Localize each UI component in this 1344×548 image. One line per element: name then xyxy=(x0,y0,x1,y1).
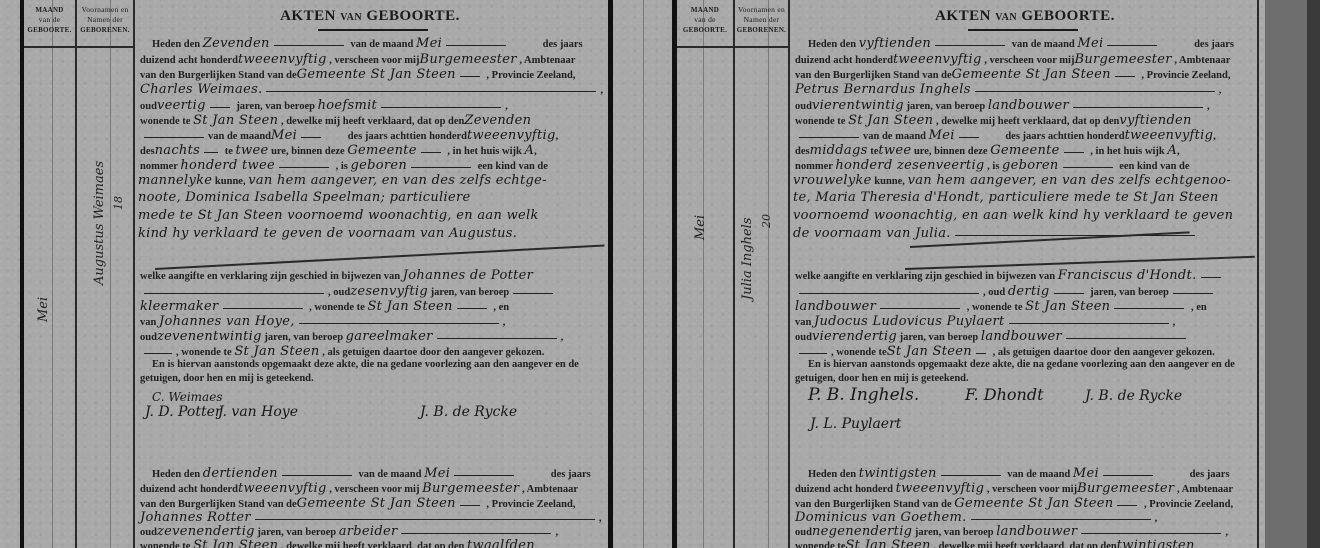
scan-edge-inner xyxy=(1265,0,1307,548)
printed-text: nommer xyxy=(795,161,833,172)
fill-line xyxy=(799,352,827,354)
column-header-month: MAAND van de GEBOORTE. xyxy=(677,0,733,48)
record-line: van Johannes van Hoye,, xyxy=(140,314,505,329)
handwritten-value: St Jan Steen xyxy=(1025,299,1110,314)
record-line: Heden den Zevenden van de maand Mei des … xyxy=(152,36,583,51)
fill-line xyxy=(144,292,324,294)
fill-line xyxy=(1063,166,1113,168)
printed-text: des jaars achttien honderd xyxy=(348,131,467,142)
fill-line xyxy=(1173,292,1213,294)
record-line: oudnegenendertig jaren, van beroep landb… xyxy=(795,524,1228,539)
gutter-line xyxy=(643,0,644,548)
handwritten-value: St Jan Steen xyxy=(193,113,278,128)
column-divider xyxy=(75,0,77,548)
handwritten-value: Burgemeester xyxy=(1074,52,1171,67)
printed-text: , Ambtenaar xyxy=(522,484,578,495)
handwritten-value: honderd zesenveertig xyxy=(835,158,984,173)
fill-line xyxy=(421,151,441,153)
handwritten-value: twaalfden xyxy=(467,538,535,548)
handwritten-value: landbouwer xyxy=(988,98,1069,113)
column-header-month: MAAND van de GEBOORTE. xyxy=(24,0,75,48)
record-line: Heden den dertienden van de maand Mei de… xyxy=(152,466,591,481)
header-text: Voornamen en xyxy=(77,5,133,15)
handwritten-value: tweeenvyftig xyxy=(467,128,556,143)
printed-text: van den Burgerlijken Stand van de xyxy=(140,70,297,81)
handwritten-value: twintigsten xyxy=(1117,538,1195,548)
fill-line xyxy=(301,136,321,138)
handwritten-value: negenendertig xyxy=(812,524,912,539)
handwritten-value: Zevenden xyxy=(203,36,270,51)
printed-text: des jaars xyxy=(543,39,583,50)
printed-text: oud xyxy=(140,332,157,343)
record-line: mede te St Jan Steen voornoemd woonachti… xyxy=(138,208,539,223)
header-text: Voornamen en xyxy=(735,5,788,15)
fill-line xyxy=(975,90,1215,92)
record-line: Dominicus van Goethem., xyxy=(795,510,1157,525)
printed-text: ure, binnen deze xyxy=(914,146,988,157)
printed-text: welke aangifte en verklaring zijn geschi… xyxy=(795,271,1055,282)
record-line: desnachts te twee ure, binnen deze Gemee… xyxy=(140,143,537,158)
printed-text: des jaars xyxy=(1190,469,1230,480)
handwritten-value: tweeenvyftig xyxy=(893,52,982,67)
page-border-left xyxy=(672,0,677,548)
fill-line xyxy=(1009,322,1169,324)
printed-text: van xyxy=(140,317,156,328)
printed-text: , dewelke mij heeft verklaard, dat op de… xyxy=(936,116,1119,127)
page-border-right xyxy=(1257,0,1259,548)
printed-text: wonende te xyxy=(795,541,845,548)
printed-text: wonende te xyxy=(140,116,190,127)
record-line: van Judocus Ludovicus Puylaert, xyxy=(795,314,1175,329)
fill-line xyxy=(411,166,471,168)
fill-line xyxy=(255,518,595,520)
fill-line xyxy=(1081,532,1221,534)
ruling-line xyxy=(52,0,53,548)
printed-text: , is xyxy=(336,161,348,172)
printed-text: jaren, van beroep xyxy=(257,527,336,538)
printed-text: jaren, van beroep xyxy=(915,527,994,538)
fill-line xyxy=(880,307,960,309)
handwritten-value: A xyxy=(524,143,534,158)
printed-text: wonende te xyxy=(795,116,845,127)
signature: J. B. de Ryckе xyxy=(1085,388,1182,404)
fill-line xyxy=(971,518,1151,520)
fill-line xyxy=(935,44,1005,46)
handwritten-value: St Jan Steen xyxy=(367,299,452,314)
record-line: vrouwelyke kunne, van hem aangever, en v… xyxy=(793,173,1231,188)
printed-text: , als getuigen daartoe door den aangever… xyxy=(993,347,1215,358)
handwritten-value: tweeenvyftig xyxy=(238,481,327,496)
record-line: landbouwer , wonende te St Jan Steen , e… xyxy=(795,299,1207,314)
handwritten-value: Gemeente xyxy=(347,143,416,158)
fill-line xyxy=(204,151,218,153)
handwritten-value: van hem aangever, en van des zelfs echtg… xyxy=(248,173,547,188)
printed-text: jaren, van beroep xyxy=(431,287,510,298)
record-line: noote, Dominica Isabella Speelman; parti… xyxy=(138,190,470,205)
column-header-names: Voornamen en Namen der GEBORENEN. xyxy=(735,0,788,48)
record-line: van den Burgerlijken Stand van deGemeent… xyxy=(140,67,575,82)
header-text: van de xyxy=(24,15,75,25)
printed-text: oud xyxy=(795,527,812,538)
printed-text: , dewelke mij heeft verklaard, dat op de… xyxy=(281,116,464,127)
handwritten-value: St Jan Steen xyxy=(193,538,278,548)
printed-text: jaren, van beroep xyxy=(907,101,986,112)
printed-text: oud xyxy=(795,101,812,112)
printed-text: van xyxy=(795,317,811,328)
record-line: wonende teSt Jan Steen , dewelke mij hee… xyxy=(795,538,1195,548)
handwritten-value: tweeenvyftig xyxy=(1125,128,1214,143)
handwritten-value: St Jan Steen xyxy=(887,344,972,359)
handwritten-value: Burgemeester xyxy=(422,481,519,496)
handwritten-value: landbouwer xyxy=(795,299,876,314)
record-line: wonende te St Jan Steen , dewelke mij he… xyxy=(140,538,535,548)
handwritten-value: vrouwelyke xyxy=(793,173,872,188)
title-text: GEBOORTE. xyxy=(366,8,460,24)
column-divider xyxy=(133,0,135,548)
fill-line xyxy=(460,75,480,77)
fill-line xyxy=(1115,75,1135,77)
header-text: MAAND xyxy=(24,5,75,15)
handwritten-value: Franciscus d'Hondt. xyxy=(1058,268,1197,283)
printed-text: kunne, xyxy=(215,176,246,187)
record-line: van de maandMei des jaars achttien honde… xyxy=(140,128,558,143)
printed-text: van de maand xyxy=(358,469,421,480)
printed-text: van de maand xyxy=(1007,469,1070,480)
handwritten-value: Petrus Bernardus Inghels xyxy=(795,82,971,97)
handwritten-value: St Jan Steen xyxy=(845,538,930,548)
printed-text: oud xyxy=(140,101,157,112)
printed-text: Heden den xyxy=(808,469,856,480)
fill-line xyxy=(381,106,501,108)
printed-text: , als getuigen daartoe door den aangever… xyxy=(322,347,544,358)
record-line: , oudzesenvyftig jaren, van beroep xyxy=(140,284,557,299)
printed-text: van de maand xyxy=(208,131,271,142)
printed-text: duizend acht honderd xyxy=(140,484,238,495)
handwritten-value: Mei xyxy=(416,36,442,51)
column-divider xyxy=(788,0,790,548)
handwritten-value: twintigsten xyxy=(859,466,937,481)
printed-text: , Ambtenaar xyxy=(519,55,575,66)
page-border-left xyxy=(20,0,24,548)
signature: J. D. Potter xyxy=(145,404,222,420)
fill-line xyxy=(144,136,204,138)
fill-line xyxy=(279,166,329,168)
title-underline xyxy=(318,29,428,31)
handwritten-value: nachts xyxy=(155,143,200,158)
printed-text: duizend acht honderd xyxy=(795,55,893,66)
printed-text: , verscheen voor mij xyxy=(987,484,1077,495)
record-line: kleermaker , wonende te St Jan Steen , e… xyxy=(140,299,509,314)
header-text: GEBOORTE. xyxy=(677,25,733,35)
record-line: van de maand Mei des jaars achttien hond… xyxy=(795,128,1216,143)
header-text: GEBORENEN. xyxy=(77,25,133,35)
printed-text: Heden den xyxy=(152,469,200,480)
record-line: duizend acht honderdtweeenvyftig , versc… xyxy=(140,52,575,67)
record-line: oudvierentwintig jaren, van beroep landb… xyxy=(795,98,1210,113)
header-text: MAAND xyxy=(677,5,733,15)
margin-child-name: Julia Inghels xyxy=(740,217,755,300)
printed-text: , wonende te xyxy=(309,302,365,313)
handwritten-value: Mei xyxy=(929,128,955,143)
fill-line xyxy=(513,292,553,294)
fill-line xyxy=(941,474,1001,476)
printed-text: , in het huis wijk xyxy=(447,146,521,157)
record-line: oudzevenendertig jaren, van beroep arbei… xyxy=(140,524,558,539)
fill-line xyxy=(1066,337,1186,339)
printed-text: duizend acht honderd xyxy=(140,55,238,66)
title-text: VAN xyxy=(340,12,362,23)
record-line: wonende te St Jan Steen , dewelke mij he… xyxy=(795,113,1192,128)
margin-month: Mei xyxy=(693,215,708,240)
record-line: desmiddags tetwee ure, binnen deze Gemee… xyxy=(795,143,1180,158)
printed-text: , Provincie Zeeland, xyxy=(486,70,575,81)
fill-line xyxy=(437,337,557,339)
header-text: Namen der xyxy=(735,15,788,25)
printed-text: van den Burgerlijken Stand van de xyxy=(140,499,297,510)
printed-text: welke aangifte en verklaring zijn geschi… xyxy=(140,271,400,282)
handwritten-value: Johannes van Hoye, xyxy=(159,314,295,329)
printed-text: Heden den xyxy=(152,39,200,50)
handwritten-value: Mei xyxy=(1073,466,1099,481)
title-text: VAN xyxy=(995,12,1017,23)
margin-entry-number: 20 xyxy=(760,214,773,228)
handwritten-value: dertienden xyxy=(203,466,278,481)
handwritten-value: landbouwer xyxy=(981,329,1062,344)
handwritten-value: A xyxy=(1167,143,1177,158)
handwritten-value: vierendertig xyxy=(812,329,897,344)
handwritten-value: Mei xyxy=(424,466,450,481)
handwritten-value: twee xyxy=(236,143,269,158)
printed-text: , verscheen voor mij xyxy=(329,55,419,66)
fill-line xyxy=(799,136,859,138)
record-line: Johannes Rotter, xyxy=(140,510,602,525)
fill-line xyxy=(457,307,487,309)
fill-line xyxy=(959,136,979,138)
handwritten-value: van hem aangever, en van des zelfs echtg… xyxy=(908,173,1232,188)
handwritten-value: Gemeente St Jan Steen xyxy=(297,496,456,511)
printed-text: jaren, van beroep xyxy=(236,101,315,112)
record-line: En is hiervan aanstonds opgemaakt deze a… xyxy=(808,359,1235,370)
record-line: , oud dertig jaren, van beroep xyxy=(795,284,1217,299)
handwritten-value: vierentwintig xyxy=(812,98,904,113)
handwritten-value: Judocus Ludovicus Puylaert xyxy=(814,314,1005,329)
handwritten-value: hoefsmit xyxy=(318,98,377,113)
printed-text: van de maand xyxy=(1012,39,1075,50)
printed-text: kunne, xyxy=(874,176,905,187)
ruling-line xyxy=(110,0,111,548)
handwritten-value: Zevenden xyxy=(464,113,531,128)
handwritten-value: Johannes de Potter xyxy=(403,268,533,283)
signature: F. Dhondt xyxy=(965,385,1044,404)
title-text: GEBOORTE. xyxy=(1021,8,1115,24)
fill-line xyxy=(1073,106,1203,108)
ruling-line xyxy=(768,0,769,548)
printed-text: , Provincie Zeeland, xyxy=(486,499,575,510)
fill-line xyxy=(1103,474,1153,476)
handwritten-value: honderd twee xyxy=(180,158,275,173)
handwritten-value: Gemeente St Jan Steen xyxy=(952,67,1111,82)
record-line: nommer honderd zesenveertig , is geboren… xyxy=(795,158,1190,173)
handwritten-value: Gemeente xyxy=(990,143,1059,158)
fill-line xyxy=(1064,151,1084,153)
printed-text: jaren, van beroep xyxy=(900,332,979,343)
handwritten-value: Dominicus van Goethem. xyxy=(795,510,967,525)
printed-text: jaren, van beroep xyxy=(264,332,343,343)
printed-text: , verscheen voor mij xyxy=(984,55,1074,66)
fill-line xyxy=(1201,276,1221,278)
printed-text: te xyxy=(225,146,233,157)
printed-text: Heden den xyxy=(808,39,856,50)
fill-line xyxy=(1117,504,1137,506)
record-line: duizend acht honderd tweeenvyftig , vers… xyxy=(795,481,1233,496)
handwritten-value: zevenentwintig xyxy=(157,329,262,344)
printed-text: , wonende te xyxy=(967,302,1023,313)
handwritten-value: Gemeente St Jan Steen xyxy=(297,67,456,82)
signature: J. van Hoye xyxy=(218,404,298,420)
handwritten-value: vyftienden xyxy=(859,36,931,51)
printed-text: , wonende te xyxy=(176,347,232,358)
record-line: , wonende te St Jan Steen , als getuigen… xyxy=(140,344,544,359)
handwritten-value: de voornaam van Julia. xyxy=(793,226,951,241)
record-line: nommer honderd twee , is geboren een kin… xyxy=(140,158,548,173)
title-underline xyxy=(968,29,1078,31)
handwritten-value: St Jan Steen xyxy=(848,113,933,128)
record-line: oudzevenentwintig jaren, van beroep gare… xyxy=(140,329,563,344)
signature: C. Weimaes xyxy=(152,390,222,404)
printed-text: , dewelke mij heeft verklaard, dat op de… xyxy=(281,541,464,548)
record-line: duizend acht honderdtweeenvyftig , versc… xyxy=(140,481,578,496)
record-line: kind hy verklaard te geven de voornaam v… xyxy=(138,226,517,241)
record-line: duizend acht honderdtweeenvyftig , versc… xyxy=(795,52,1230,67)
handwritten-value: zesenvyftig xyxy=(350,284,428,299)
handwritten-value: mannelyke xyxy=(138,173,212,188)
printed-text: van de maand xyxy=(350,39,413,50)
handwritten-value: geboren xyxy=(350,158,407,173)
header-text: GEBORENEN. xyxy=(735,25,788,35)
margin-month: Mei xyxy=(36,297,51,322)
printed-text: , Provincie Zeeland, xyxy=(1144,499,1233,510)
printed-text: , dewelke mij heeft verklaard, dat op de… xyxy=(933,541,1116,548)
fill-line xyxy=(282,474,352,476)
signature: J. L. Puylaert xyxy=(810,416,901,432)
fill-line xyxy=(266,90,596,92)
handwritten-value: geboren xyxy=(1002,158,1059,173)
margin-child-name: Augustus Weimaes xyxy=(92,161,107,285)
handwritten-value: dertig xyxy=(1008,284,1050,299)
record-line: Petrus Bernardus Inghels, xyxy=(795,82,1221,97)
fill-line xyxy=(401,532,551,534)
column-divider xyxy=(733,0,735,548)
fill-line xyxy=(1054,292,1084,294)
record-line: oudveertig jaren, van beroep hoefsmit, xyxy=(140,98,508,113)
record-line: voornoemd woonachtig, en aan welk kind h… xyxy=(793,208,1233,223)
record-line: Heden den vyftienden van de maand Mei de… xyxy=(808,36,1234,51)
printed-text: duizend acht honderd xyxy=(795,484,893,495)
record-line: van den Burgerlijken Stand van deGemeent… xyxy=(140,496,575,511)
handwritten-value: Charles Weimaes. xyxy=(140,82,262,97)
scan-edge xyxy=(1265,0,1320,548)
printed-text: des jaars xyxy=(1194,39,1234,50)
printed-text: , oud xyxy=(983,287,1005,298)
printed-text: van de maand xyxy=(863,131,926,142)
ruling-line xyxy=(703,0,704,548)
printed-text: jaren, van beroep xyxy=(1090,287,1169,298)
record-line: En is hiervan aanstonds opgemaakt deze a… xyxy=(152,359,579,370)
printed-text: een kind van de xyxy=(478,161,548,172)
handwritten-value: kleermaker xyxy=(140,299,219,314)
handwritten-value: Mei xyxy=(1077,36,1103,51)
fill-line xyxy=(454,474,514,476)
fill-line xyxy=(976,352,986,354)
printed-text: , Ambtenaar xyxy=(1174,55,1230,66)
printed-text: , Ambtenaar xyxy=(1177,484,1233,495)
signature: J. B. de Ryckе xyxy=(420,404,517,420)
printed-text: , is xyxy=(987,161,999,172)
handwritten-value: zevenendertig xyxy=(157,524,255,539)
header-text: GEBOORTE. xyxy=(24,25,75,35)
printed-text: van den Burgerlijken Stand van de xyxy=(795,499,952,510)
page-title: AKTEN VAN GEBOORTE. xyxy=(925,8,1125,25)
printed-text: , en xyxy=(493,302,509,313)
handwritten-value: tweeenvyftig xyxy=(896,481,985,496)
printed-text: oud xyxy=(140,527,157,538)
printed-text: , verscheen voor mij xyxy=(329,484,419,495)
fill-line xyxy=(1107,44,1157,46)
fill-line xyxy=(460,504,480,506)
printed-text: , en xyxy=(1191,302,1207,313)
record-line: oudvierendertig jaren, van beroep landbo… xyxy=(795,329,1190,344)
record-line: getuigen, door hen en mij is geteekend. xyxy=(795,373,969,384)
handwritten-value: veertig xyxy=(157,98,206,113)
signature: P. B. Inghels. xyxy=(808,385,919,405)
record-line: , wonende teSt Jan Steen , als getuigen … xyxy=(795,344,1215,359)
handwritten-value: twee xyxy=(878,143,911,158)
fill-line xyxy=(299,322,499,324)
handwritten-value: landbouwer xyxy=(996,524,1077,539)
record-line: welke aangifte en verklaring zijn geschi… xyxy=(140,268,533,283)
record-line: te, Maria Theresia d'Hondt, particuliere… xyxy=(793,190,1219,205)
title-text: AKTEN xyxy=(935,8,991,24)
handwritten-value: Gemeente St Jan Steen xyxy=(954,496,1113,511)
handwritten-value: arbeider xyxy=(339,524,398,539)
printed-text: des jaars achttien honderd xyxy=(1005,131,1124,142)
fill-line xyxy=(223,307,303,309)
record-line: wonende te St Jan Steen , dewelke mij he… xyxy=(140,113,531,128)
printed-text: ure, binnen deze xyxy=(271,146,345,157)
fill-line xyxy=(210,106,230,108)
fill-line xyxy=(446,44,506,46)
printed-text: , wonende te xyxy=(831,347,887,358)
record-line: welke aangifte en verklaring zijn geschi… xyxy=(795,268,1225,283)
printed-text: wonende te xyxy=(140,541,190,548)
fill-line xyxy=(144,352,172,354)
handwritten-value: Burgemeester xyxy=(419,52,516,67)
fill-line xyxy=(799,292,979,294)
record-line: van den Burgerlijken Stand van deGemeent… xyxy=(795,67,1230,82)
printed-text: oud xyxy=(795,332,812,343)
printed-text: nommer xyxy=(140,161,178,172)
fill-line xyxy=(274,44,344,46)
handwritten-value: vyftienden xyxy=(1119,113,1191,128)
record-line: Heden den twintigsten van de maand Mei d… xyxy=(808,466,1230,481)
header-text: Namen der xyxy=(77,15,133,25)
printed-text: van den Burgerlijken Stand van de xyxy=(795,70,952,81)
handwritten-value: Mei xyxy=(271,128,297,143)
printed-text: , oud xyxy=(328,287,350,298)
header-text: van de xyxy=(677,15,733,25)
handwritten-value: tweeenvyftig xyxy=(238,52,327,67)
handwritten-value: St Jan Steen xyxy=(234,344,319,359)
